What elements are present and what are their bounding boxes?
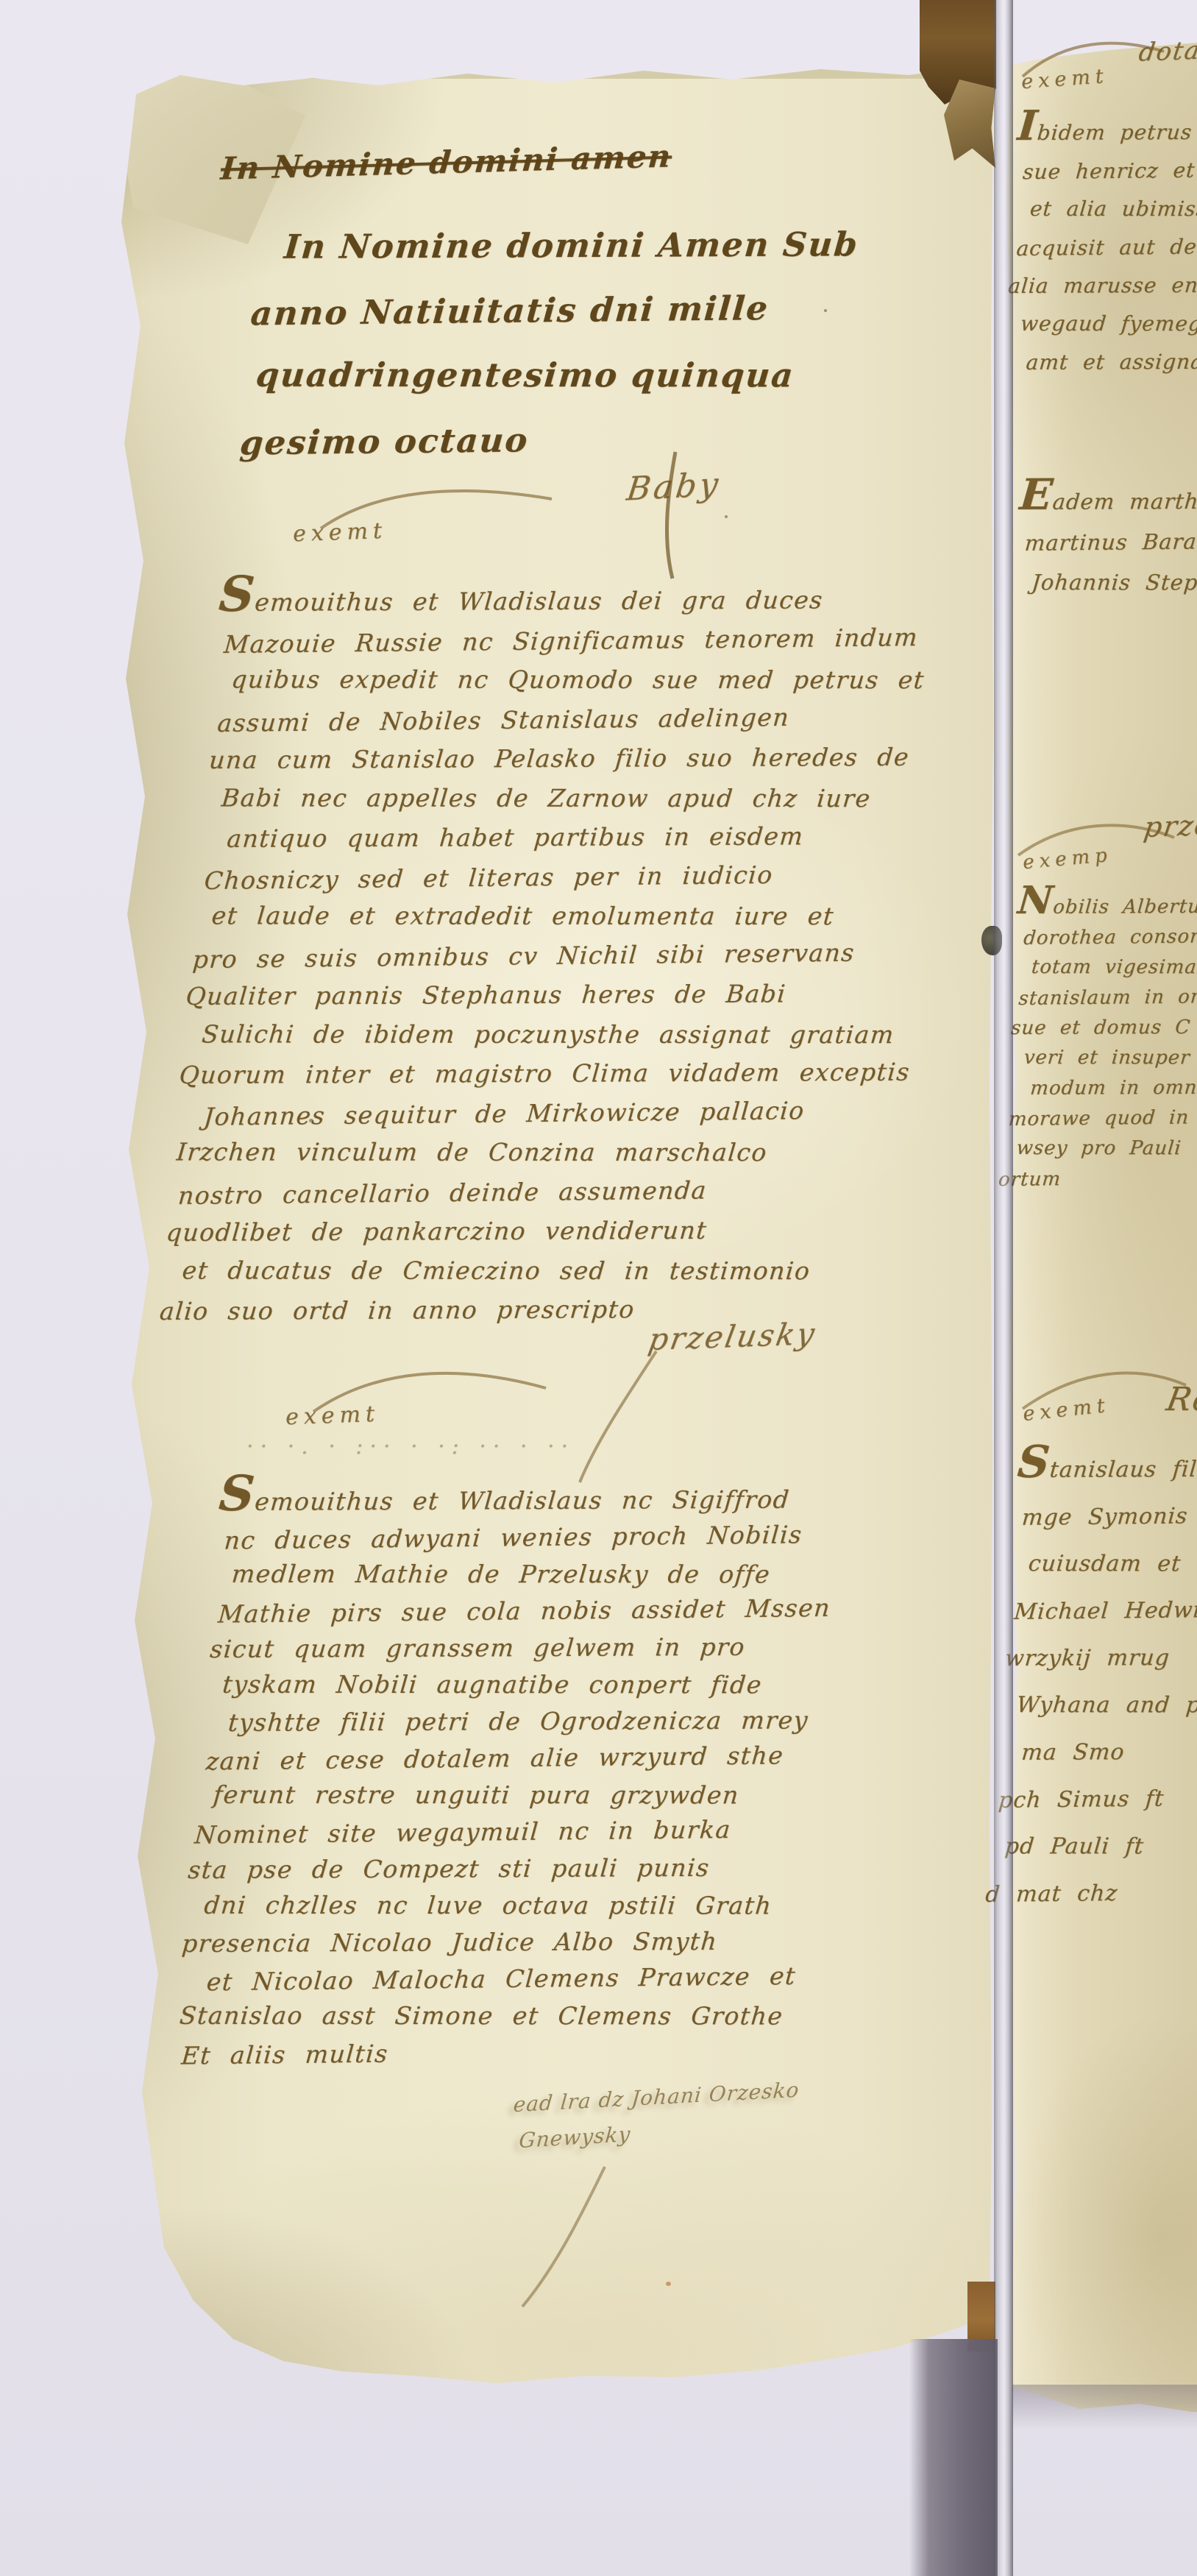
entry-line: pro se suis omnibus cv Nichil sibi reser… — [191, 932, 922, 979]
margin-flourish — [309, 1359, 552, 1420]
entry-line: Johannes sequitur de Mirkowicze pallacio — [202, 1089, 909, 1136]
entry-line: quodlibet de pankarczino vendiderunt — [165, 1210, 899, 1253]
page-stack-edge — [77, 90, 89, 2342]
dog-ear-fold — [79, 1184, 112, 1227]
entry-line: ortum — [997, 1162, 1197, 1195]
entry-line: Mazouie Russie nc Significamus tenorem i… — [222, 617, 948, 664]
rp-block1-text: Ibidem petrus de dolu sue henricz et m e… — [996, 110, 1197, 382]
flourish-stroke — [647, 449, 692, 581]
entry-line: Babi nec appelles de Zarnow apud chz iur… — [220, 778, 935, 818]
margin-flourish — [1020, 1359, 1189, 1418]
page-top-edge — [114, 68, 990, 79]
entry-line: et alia ubimisse hr — [1029, 190, 1197, 228]
entry-line: acquisit aut de m — [1015, 227, 1197, 268]
right-page-shadow — [1012, 2385, 1197, 2429]
flourish-stroke — [515, 2164, 611, 2311]
entry-line: zani et cese dotalem alie wrzyurd sthe — [205, 1737, 820, 1780]
entry-line: Nominet site wegaymuil nc in burka — [193, 1811, 814, 1854]
entry-line: Semouithus et Wladislaus dei gra duces — [217, 574, 951, 623]
entry-line: mge Symonis — [1020, 1493, 1197, 1542]
rp-block3-text: Nobilis Albertus dorothea consort totam … — [993, 886, 1197, 1195]
entry2-title: przelusky — [646, 1316, 820, 1357]
entry-line: Qualiter pannis Stephanus heres de Babi — [184, 974, 918, 1016]
glass-cradle-rod — [994, 0, 1013, 2576]
page-stack-edge — [92, 105, 100, 2320]
entry-line: Wyhana and pa — [1015, 1682, 1197, 1729]
entry-line: assumi de Nobiles Stanislaus adelingen — [216, 696, 941, 743]
entry-line: dorothea consort — [1023, 921, 1197, 954]
entry-line: Mathie pirs sue cola nobis assidet Mssen — [216, 1590, 831, 1633]
entry-line: nc duces adwyani wenies proch Nobilis — [223, 1516, 838, 1560]
entry-line: cuiusdam et eu — [1026, 1540, 1197, 1588]
heading-line: gesimo octauo — [238, 405, 845, 476]
entry-line: Ibidem petrus de dolu — [1015, 110, 1197, 152]
entry-line: Sulichi de ibidem poczunysthe assignat g… — [200, 1014, 915, 1054]
entry-line: amt et assignat — [1025, 342, 1197, 381]
book-shadow — [909, 2339, 998, 2576]
entry1-text: Semouithus et Wladislaus dei gra duces M… — [158, 574, 951, 1331]
entry-line: quibus expedit nc Quomodo sue med petrus… — [230, 659, 945, 699]
entry-line: sue et domus C — [1009, 1012, 1197, 1043]
ink-speck — [725, 515, 728, 518]
entry-line: modum in omn — [1029, 1072, 1197, 1103]
erased-line: ·· ·. · :·· · ·: ·· · ·· — [246, 1434, 575, 1459]
rust-speck — [666, 2282, 671, 2286]
entry-line: et Nicolao Malocha Clemens Prawcze et — [205, 1958, 801, 2000]
entry-line: Johannis Steph — [1030, 562, 1197, 603]
heading-line: anno Natiuitatis dni mille — [248, 275, 856, 347]
entry-line: martinus Baran de — [1023, 521, 1197, 564]
entry-line: stanislaum in omnibus — [1017, 981, 1197, 1014]
entry-line: sta pse de Compezt sti pauli punis — [186, 1849, 810, 1889]
entry-line: et ducatus de Cmieczino sed in testimoni… — [180, 1250, 895, 1290]
entry-line: Nobilis Albertus — [1016, 886, 1197, 923]
flourish-stroke — [574, 1347, 662, 1487]
entry-line: d mat chz — [984, 1869, 1197, 1919]
entry-line: antiquo quam habet partibus in eisdem — [225, 816, 931, 859]
rp-block4-title: Ro — [1164, 1381, 1197, 1418]
entry-line: una cum Stanislao Pelasko filio suo here… — [207, 737, 938, 780]
entry-line: Semouithus et Wladislaus nc Sigiffrod — [217, 1473, 842, 1521]
entry-line: Stanislao asst Simone et Clemens Grothe — [178, 1998, 798, 2035]
rp-block1-title: dotalicium — [1137, 32, 1197, 67]
entry-line: medlem Mathie de Przelusky de offe — [230, 1556, 835, 1593]
entry-line: sue henricz et m — [1021, 150, 1197, 191]
entry-line: wegaud fyemegthe — [1019, 305, 1197, 343]
entry-line: Stanislaus filius — [1015, 1446, 1197, 1494]
margin-flourish — [316, 477, 559, 536]
entry-line: pd Pauli ft — [1003, 1823, 1197, 1870]
entry-line: et laude et extradedit emolumenta iure e… — [210, 896, 925, 935]
entry-line: tyskam Nobili augnatibe conpert fide — [221, 1666, 825, 1704]
right-page — [1006, 43, 1197, 2429]
entry-line: nostro cancellario deinde assumenda — [177, 1168, 902, 1215]
entry-line: wrzykij mrug — [1003, 1635, 1197, 1682]
entry-line: morawe quod in — [1007, 1102, 1197, 1135]
entry-line: tyshtte filii petri de Ogrodzenicza mrey — [227, 1702, 823, 1741]
margin-flourish — [1015, 813, 1177, 864]
entry-line: Et aliis multis — [180, 2031, 795, 2075]
heading-line: In Nomine domini Amen Sub — [282, 212, 862, 279]
manuscript-photo: In Nomine domini amen In Nomine domini A… — [0, 0, 1197, 2576]
heading-line: quadringentesimo quinqua — [253, 343, 850, 408]
invocation-heading: In Nomine domini Amen Sub anno Natiuitat… — [229, 212, 862, 474]
entry-line: veri et insuper dot — [1023, 1043, 1197, 1073]
entry-line: alia marusse ent — [1006, 266, 1197, 305]
entry-line: pch Simus ft — [997, 1775, 1197, 1825]
rp-block2-text: Eadem martha ab martinus Baran de Johann… — [1011, 479, 1197, 604]
entry-line: Irzchen vinculum de Conzina marschalco — [175, 1132, 906, 1172]
entry-line: Chosniczy sed et literas per in iudicio — [203, 853, 928, 900]
entry-line: totam vigesima pol — [1030, 952, 1197, 983]
entry-line: ma Smo — [1020, 1729, 1197, 1777]
entry-line: Quorum inter et magistro Clima vidadem e… — [178, 1052, 912, 1095]
entry-line: presencia Nicolao Judice Albo Smyth — [180, 1922, 804, 1962]
entry2-text: Semouithus et Wladislaus nc Sigiffrod nc… — [171, 1473, 842, 2073]
entry-line: wsey pro Pauli — [1015, 1133, 1197, 1164]
page-stack-edge — [103, 127, 110, 2290]
entry-line: sicut quam granssem gelwem in pro — [208, 1628, 828, 1668]
entry-line: dni chzlles nc luve octava pstili Grath — [202, 1887, 807, 1925]
entry-line: Michael Hedwig — [1012, 1587, 1197, 1636]
entry-line: Eadem martha ab — [1017, 479, 1197, 523]
entry-line: ferunt restre unguiti pura grzywden — [212, 1777, 817, 1814]
